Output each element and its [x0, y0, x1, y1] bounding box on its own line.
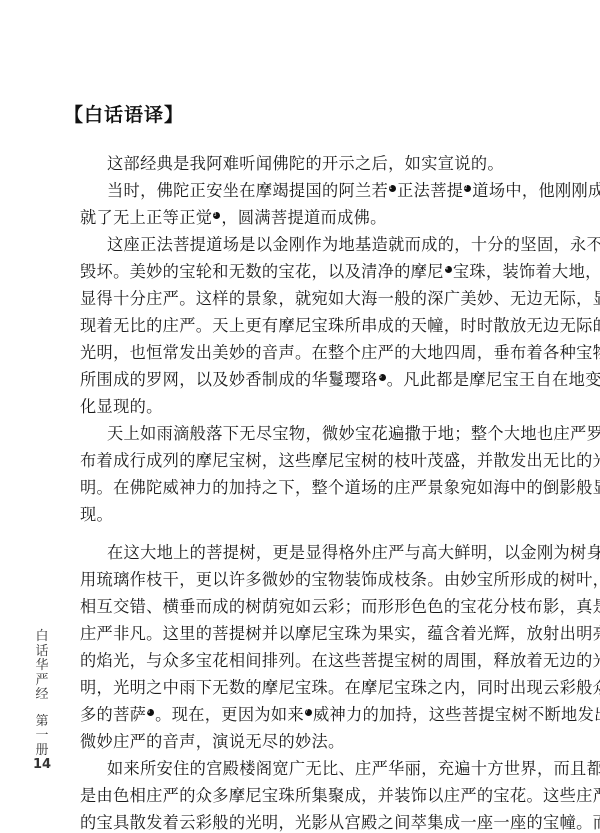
text-line: 就了无上正等正觉3，圆满菩提道而成佛。: [80, 204, 514, 231]
text-run: 毁坏。美妙的宝轮和无数的宝花，以及清净的摩尼: [80, 262, 444, 281]
book-title: 白 话 华 严 经: [30, 630, 54, 703]
book-title-char: 华: [30, 659, 54, 674]
book-title-char: 严: [30, 674, 54, 689]
footnote-marker-icon[interactable]: 4: [445, 266, 452, 273]
text-run: 就了无上正等正觉: [80, 208, 212, 227]
text-run: 多的菩萨: [80, 705, 146, 724]
paragraph: 在这大地上的菩提树，更是显得格外庄严与高大鲜明，以金刚为树身，用琉璃作枝干，更以…: [80, 539, 514, 755]
paragraph: 这座正法菩提道场是以金刚作为地基造就而成的，十分的坚固，永不毁坏。美妙的宝轮和无…: [80, 231, 514, 420]
text-line: 微妙庄严的音声，演说无尽的妙法。: [80, 728, 514, 755]
text-line: 天上如雨滴般落下无尽宝物，微妙宝花遍撒于地；整个大地也庄严罗: [80, 420, 514, 447]
text-run: 道场中，他刚刚成: [472, 181, 600, 200]
volume-label: 第 一 册: [30, 715, 54, 759]
text-line: 光明，也恒常发出美妙的音声。在整个庄严的大地四周，垂布着各种宝物: [80, 339, 514, 366]
text-run: 庄严非凡。这里的菩提树并以摩尼宝珠为果实，蕴含着光辉，放射出明亮: [80, 624, 600, 643]
running-header-vertical: 白 话 华 严 经 第 一 册: [30, 630, 54, 758]
footnote-marker-icon[interactable]: 6: [147, 709, 154, 716]
paragraph: 天上如雨滴般落下无尽宝物，微妙宝花遍撒于地；整个大地也庄严罗布着成行成列的摩尼宝…: [80, 420, 514, 528]
text-run: 相互交错、横垂而成的树荫宛如云彩；而形形色色的宝花分枝布影，真是: [80, 597, 600, 616]
text-run: 布着成行成列的摩尼宝树，这些摩尼宝树的枝叶茂盛，并散发出无比的光: [80, 451, 600, 470]
text-run: 如来所安住的宫殿楼阁宽广无比、庄严华丽，充遍十方世界，而且都: [107, 759, 600, 778]
footnote-marker-icon[interactable]: 7: [305, 709, 312, 716]
paragraph: 当时，佛陀正安坐在摩竭提国的阿兰若1正法菩提2道场中，他刚刚成就了无上正等正觉3…: [80, 177, 514, 231]
text-line: 所围成的罗网，以及妙香制成的华鬘璎珞5。凡此都是摩尼宝王自在地变: [80, 366, 514, 393]
text-run: 当时，佛陀正安坐在摩竭提国的阿兰若: [107, 181, 388, 200]
page-number: 14: [30, 757, 54, 772]
paragraph: 如来所安住的宫殿楼阁宽广无比、庄严华丽，充遍十方世界，而且都是由色相庄严的众多摩…: [80, 755, 514, 833]
footnote-marker-icon[interactable]: 5: [379, 374, 386, 381]
text-line: 现着无比的庄严。天上更有摩尼宝珠所串成的天幢，时时散放无边无际的: [80, 312, 514, 339]
volume-char: 册: [30, 744, 54, 759]
text-line: 布着成行成列的摩尼宝树，这些摩尼宝树的枝叶茂盛，并散发出无比的光: [80, 447, 514, 474]
paragraph: 这部经典是我阿难听闻佛陀的开示之后，如实宣说的。: [80, 150, 514, 177]
text-run: 这部经典是我阿难听闻佛陀的开示之后，如实宣说的。: [107, 154, 504, 173]
text-line: 如来所安住的宫殿楼阁宽广无比、庄严华丽，充遍十方世界，而且都: [80, 755, 514, 782]
text-run: 正法菩提: [397, 181, 463, 200]
text-line: 是由色相庄严的众多摩尼宝珠所集聚成，并装饰以庄严的宝花。这些庄严: [80, 782, 514, 809]
text-line: 的焰光，与众多宝花相间排列。在这些菩提宝树的周围，释放着无边的光: [80, 647, 514, 674]
text-run: 用琉璃作枝干，更以许多微妙的宝物装饰成枝条。由妙宝所形成的树叶，: [80, 570, 600, 589]
text-run: 光明，也恒常发出美妙的音声。在整个庄严的大地四周，垂布着各种宝物: [80, 343, 600, 362]
text-run: 天上如雨滴般落下无尽宝物，微妙宝花遍撒于地；整个大地也庄严罗: [107, 424, 600, 443]
text-run: 的焰光，与众多宝花相间排列。在这些菩提宝树的周围，释放着无边的光: [80, 651, 600, 670]
text-line: 多的菩萨6。现在，更因为如来7威神力的加持，这些菩提宝树不断地发出: [80, 701, 514, 728]
book-title-char: 经: [30, 688, 54, 703]
footnote-marker-icon[interactable]: 1: [389, 185, 396, 192]
translation-body: 这部经典是我阿难听闻佛陀的开示之后，如实宣说的。当时，佛陀正安坐在摩竭提国的阿兰…: [80, 150, 514, 833]
text-run: 微妙庄严的音声，演说无尽的妙法。: [80, 732, 345, 751]
text-run: 威神力的加持，这些菩提宝树不断地发出: [313, 705, 600, 724]
text-line: 这部经典是我阿难听闻佛陀的开示之后，如实宣说的。: [80, 150, 514, 177]
text-line: 明，光明之中雨下无数的摩尼宝珠。在摩尼宝珠之内，同时出现云彩般众: [80, 674, 514, 701]
footnote-marker-icon[interactable]: 2: [464, 185, 471, 192]
text-run: 是由色相庄严的众多摩尼宝珠所集聚成，并装饰以庄严的宝花。这些庄严: [80, 786, 600, 805]
volume-char: 一: [30, 729, 54, 744]
text-run: 。现在，更因为如来: [155, 705, 304, 724]
text-run: 化显现的。: [80, 397, 163, 416]
volume-char: 第: [30, 715, 54, 730]
text-run: 。凡此都是摩尼宝王自在地变: [387, 370, 600, 389]
text-line: 显得十分庄严。这样的景象，就宛如大海一般的深广美妙、无边无际，显: [80, 285, 514, 312]
text-line: 明。在佛陀威神力的加持之下，整个道场的庄严景象宛如海中的倒影般显: [80, 474, 514, 501]
text-run: 显得十分庄严。这样的景象，就宛如大海一般的深广美妙、无边无际，显: [80, 289, 600, 308]
book-title-char: 白: [30, 630, 54, 645]
text-run: 的宝具散发着云彩般的光明，光影从宫殿之间萃集成一座一座的宝幢。而: [80, 813, 600, 832]
text-line: 化显现的。: [80, 393, 514, 420]
text-run: 宝珠，装饰着大地，: [453, 262, 600, 281]
section-title: 【白话语译】: [64, 100, 184, 127]
text-line: 毁坏。美妙的宝轮和无数的宝花，以及清净的摩尼4宝珠，装饰着大地，: [80, 258, 514, 285]
text-run: 明，光明之中雨下无数的摩尼宝珠。在摩尼宝珠之内，同时出现云彩般众: [80, 678, 600, 697]
text-line: 当时，佛陀正安坐在摩竭提国的阿兰若1正法菩提2道场中，他刚刚成: [80, 177, 514, 204]
text-line: 现。: [80, 501, 514, 528]
text-line: 用琉璃作枝干，更以许多微妙的宝物装饰成枝条。由妙宝所形成的树叶，: [80, 566, 514, 593]
text-run: 现着无比的庄严。天上更有摩尼宝珠所串成的天幢，时时散放无边无际的: [80, 316, 600, 335]
text-line: 相互交错、横垂而成的树荫宛如云彩；而形形色色的宝花分枝布影，真是: [80, 593, 514, 620]
text-run: 明。在佛陀威神力的加持之下，整个道场的庄严景象宛如海中的倒影般显: [80, 478, 600, 497]
text-line: 这座正法菩提道场是以金刚作为地基造就而成的，十分的坚固，永不: [80, 231, 514, 258]
text-line: 在这大地上的菩提树，更是显得格外庄严与高大鲜明，以金刚为树身，: [80, 539, 514, 566]
text-line: 庄严非凡。这里的菩提树并以摩尼宝珠为果实，蕴含着光辉，放射出明亮: [80, 620, 514, 647]
text-run: 这座正法菩提道场是以金刚作为地基造就而成的，十分的坚固，永不: [107, 235, 600, 254]
book-title-char: 话: [30, 645, 54, 660]
footnote-marker-icon[interactable]: 3: [213, 212, 220, 219]
text-run: 在这大地上的菩提树，更是显得格外庄严与高大鲜明，以金刚为树身，: [107, 543, 600, 562]
text-run: 现。: [80, 505, 113, 524]
text-line: 的宝具散发着云彩般的光明，光影从宫殿之间萃集成一座一座的宝幢。而: [80, 809, 514, 833]
text-run: ，圆满菩提道而成佛。: [221, 208, 386, 227]
text-run: 所围成的罗网，以及妙香制成的华鬘璎珞: [80, 370, 378, 389]
separator: [30, 703, 54, 715]
